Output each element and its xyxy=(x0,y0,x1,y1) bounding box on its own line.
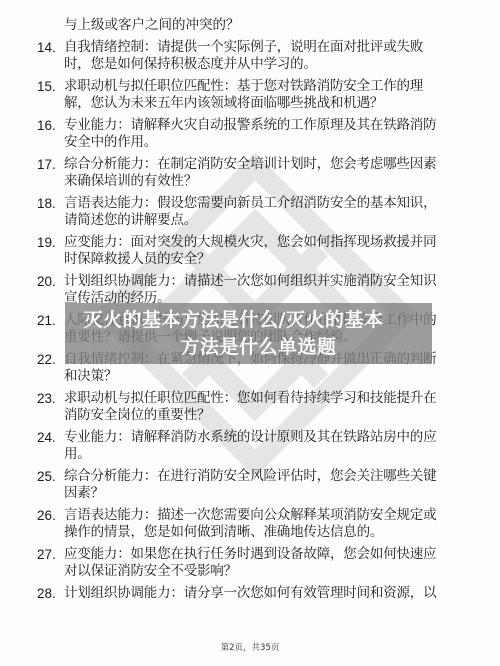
item-number: 25. xyxy=(0,468,64,502)
item-number: 23. xyxy=(0,390,64,424)
item-text: 和决策？ xyxy=(64,368,464,385)
item-text: 综合分析能力：在进行消防安全风险评估时，您会关注哪些关键 xyxy=(64,468,464,485)
question-item-24: 24. 专业能力：请解释消防水系统的设计原则及其在铁路站房中的应 用。 xyxy=(0,429,500,463)
item-number: 22. xyxy=(0,351,64,385)
question-item-20: 20. 计划组织协调能力：请描述一次您如何组织并实施消防安全知识 宣传活动的经历… xyxy=(0,273,500,307)
item-text: 专业能力：请解释消防水系统的设计原则及其在铁路站房中的应 xyxy=(64,429,464,446)
item-text: 言语表达能力：假设您需要向新员工介绍消防安全的基本知识， xyxy=(64,195,464,212)
item-number: 20. xyxy=(0,273,64,307)
question-item-18: 18. 言语表达能力：假设您需要向新员工介绍消防安全的基本知识， 请简述您的讲解… xyxy=(0,195,500,229)
item-number: 27. xyxy=(0,546,64,580)
continued-line: 与上级或客户之间的冲突的？ xyxy=(0,17,500,34)
item-number: 24. xyxy=(0,429,64,463)
item-number: 14. xyxy=(0,39,64,73)
overlay-title: 灭火的基本方法是什么/灭火的基本 方法是什么单选题 xyxy=(65,307,432,361)
item-text: 计划组织协调能力：请分享一次您如何有效管理时间和资源，以 xyxy=(64,585,464,602)
item-text: 安全中的作用。 xyxy=(64,134,464,151)
question-item-23: 23. 求职动机与拟任职位匹配性：您如何看待持续学习和技能提升在 消防安全岗位的… xyxy=(0,390,500,424)
question-item-27: 27. 应变能力：如果您在执行任务时遇到设备故障，您会如何快速应 对以保证消防安… xyxy=(0,546,500,580)
item-text: 求职动机与拟任职位匹配性：基于您对铁路消防安全工作的理 xyxy=(64,78,464,95)
item-number: 18. xyxy=(0,195,64,229)
item-number: 17. xyxy=(0,156,64,190)
item-text: 专业能力：请解释火灾自动报警系统的工作原理及其在铁路消防 xyxy=(64,117,464,134)
question-item-25: 25. 综合分析能力：在进行消防安全风险评估时，您会关注哪些关键 因素？ xyxy=(0,468,500,502)
item-text: 请简述您的讲解要点。 xyxy=(64,212,464,229)
item-text: 言语表达能力：描述一次您需要向公众解释某项消防安全规定或 xyxy=(64,507,464,524)
item-text: 计划组织协调能力：请描述一次您如何组织并实施消防安全知识 xyxy=(64,273,464,290)
item-text: 解，您认为未来五年内该领域将面临哪些挑战和机遇？ xyxy=(64,95,464,112)
item-text: 对以保证消防安全不受影响？ xyxy=(64,563,464,580)
overlay-title-line2: 方法是什么单选题 xyxy=(65,334,432,361)
page-footer: 第2页，共35页 xyxy=(0,641,500,653)
item-text: 时，您是如何保持积极态度并从中学习的。 xyxy=(64,56,464,73)
item-number: 15. xyxy=(0,78,64,112)
question-item-26: 26. 言语表达能力：描述一次您需要向公众解释某项消防安全规定或 操作的情景，您… xyxy=(0,507,500,541)
question-item-17: 17. 综合分析能力：在制定消防安全培训计划时，您会考虑哪些因素 来确保培训的有… xyxy=(0,156,500,190)
item-text: 来确保培训的有效性？ xyxy=(64,173,464,190)
item-number: 19. xyxy=(0,234,64,268)
question-item-16: 16. 专业能力：请解释火灾自动报警系统的工作原理及其在铁路消防 安全中的作用。 xyxy=(0,117,500,151)
question-item-14: 14. 自我情绪控制：请提供一个实际例子，说明在面对批评或失败 时，您是如何保持… xyxy=(0,39,500,73)
item-text: 因素？ xyxy=(64,485,464,502)
item-text: 应变能力：面对突发的大规模火灾，您会如何指挥现场救援并同 xyxy=(64,234,464,251)
title-overlay-banner: 灭火的基本方法是什么/灭火的基本 方法是什么单选题 xyxy=(65,303,432,364)
question-item-28: 28. 计划组织协调能力：请分享一次您如何有效管理时间和资源，以 xyxy=(0,585,500,602)
item-text: 综合分析能力：在制定消防安全培训计划时，您会考虑哪些因素 xyxy=(64,156,464,173)
item-number: 21. xyxy=(0,312,64,346)
item-text: 用。 xyxy=(64,446,464,463)
item-number: 28. xyxy=(0,585,64,602)
item-text: 时保障救援人员的安全？ xyxy=(64,251,464,268)
item-text: 自我情绪控制：请提供一个实际例子，说明在面对批评或失败 xyxy=(64,39,464,56)
question-item-15: 15. 求职动机与拟任职位匹配性：基于您对铁路消防安全工作的理 解，您认为未来五… xyxy=(0,78,500,112)
document-page: 与上级或客户之间的冲突的？ 14. 自我情绪控制：请提供一个实际例子，说明在面对… xyxy=(0,0,500,666)
item-text: 操作的情景，您是如何做到清晰、准确地传达信息的。 xyxy=(64,524,464,541)
item-number: 16. xyxy=(0,117,64,151)
item-text: 消防安全岗位的重要性？ xyxy=(64,407,464,424)
item-text: 求职动机与拟任职位匹配性：您如何看待持续学习和技能提升在 xyxy=(64,390,464,407)
item-text: 应变能力：如果您在执行任务时遇到设备故障，您会如何快速应 xyxy=(64,546,464,563)
question-item-19: 19. 应变能力：面对突发的大规模火灾，您会如何指挥现场救援并同 时保障救援人员… xyxy=(0,234,500,268)
overlay-title-line1: 灭火的基本方法是什么/灭火的基本 xyxy=(65,307,432,334)
item-number: 26. xyxy=(0,507,64,541)
